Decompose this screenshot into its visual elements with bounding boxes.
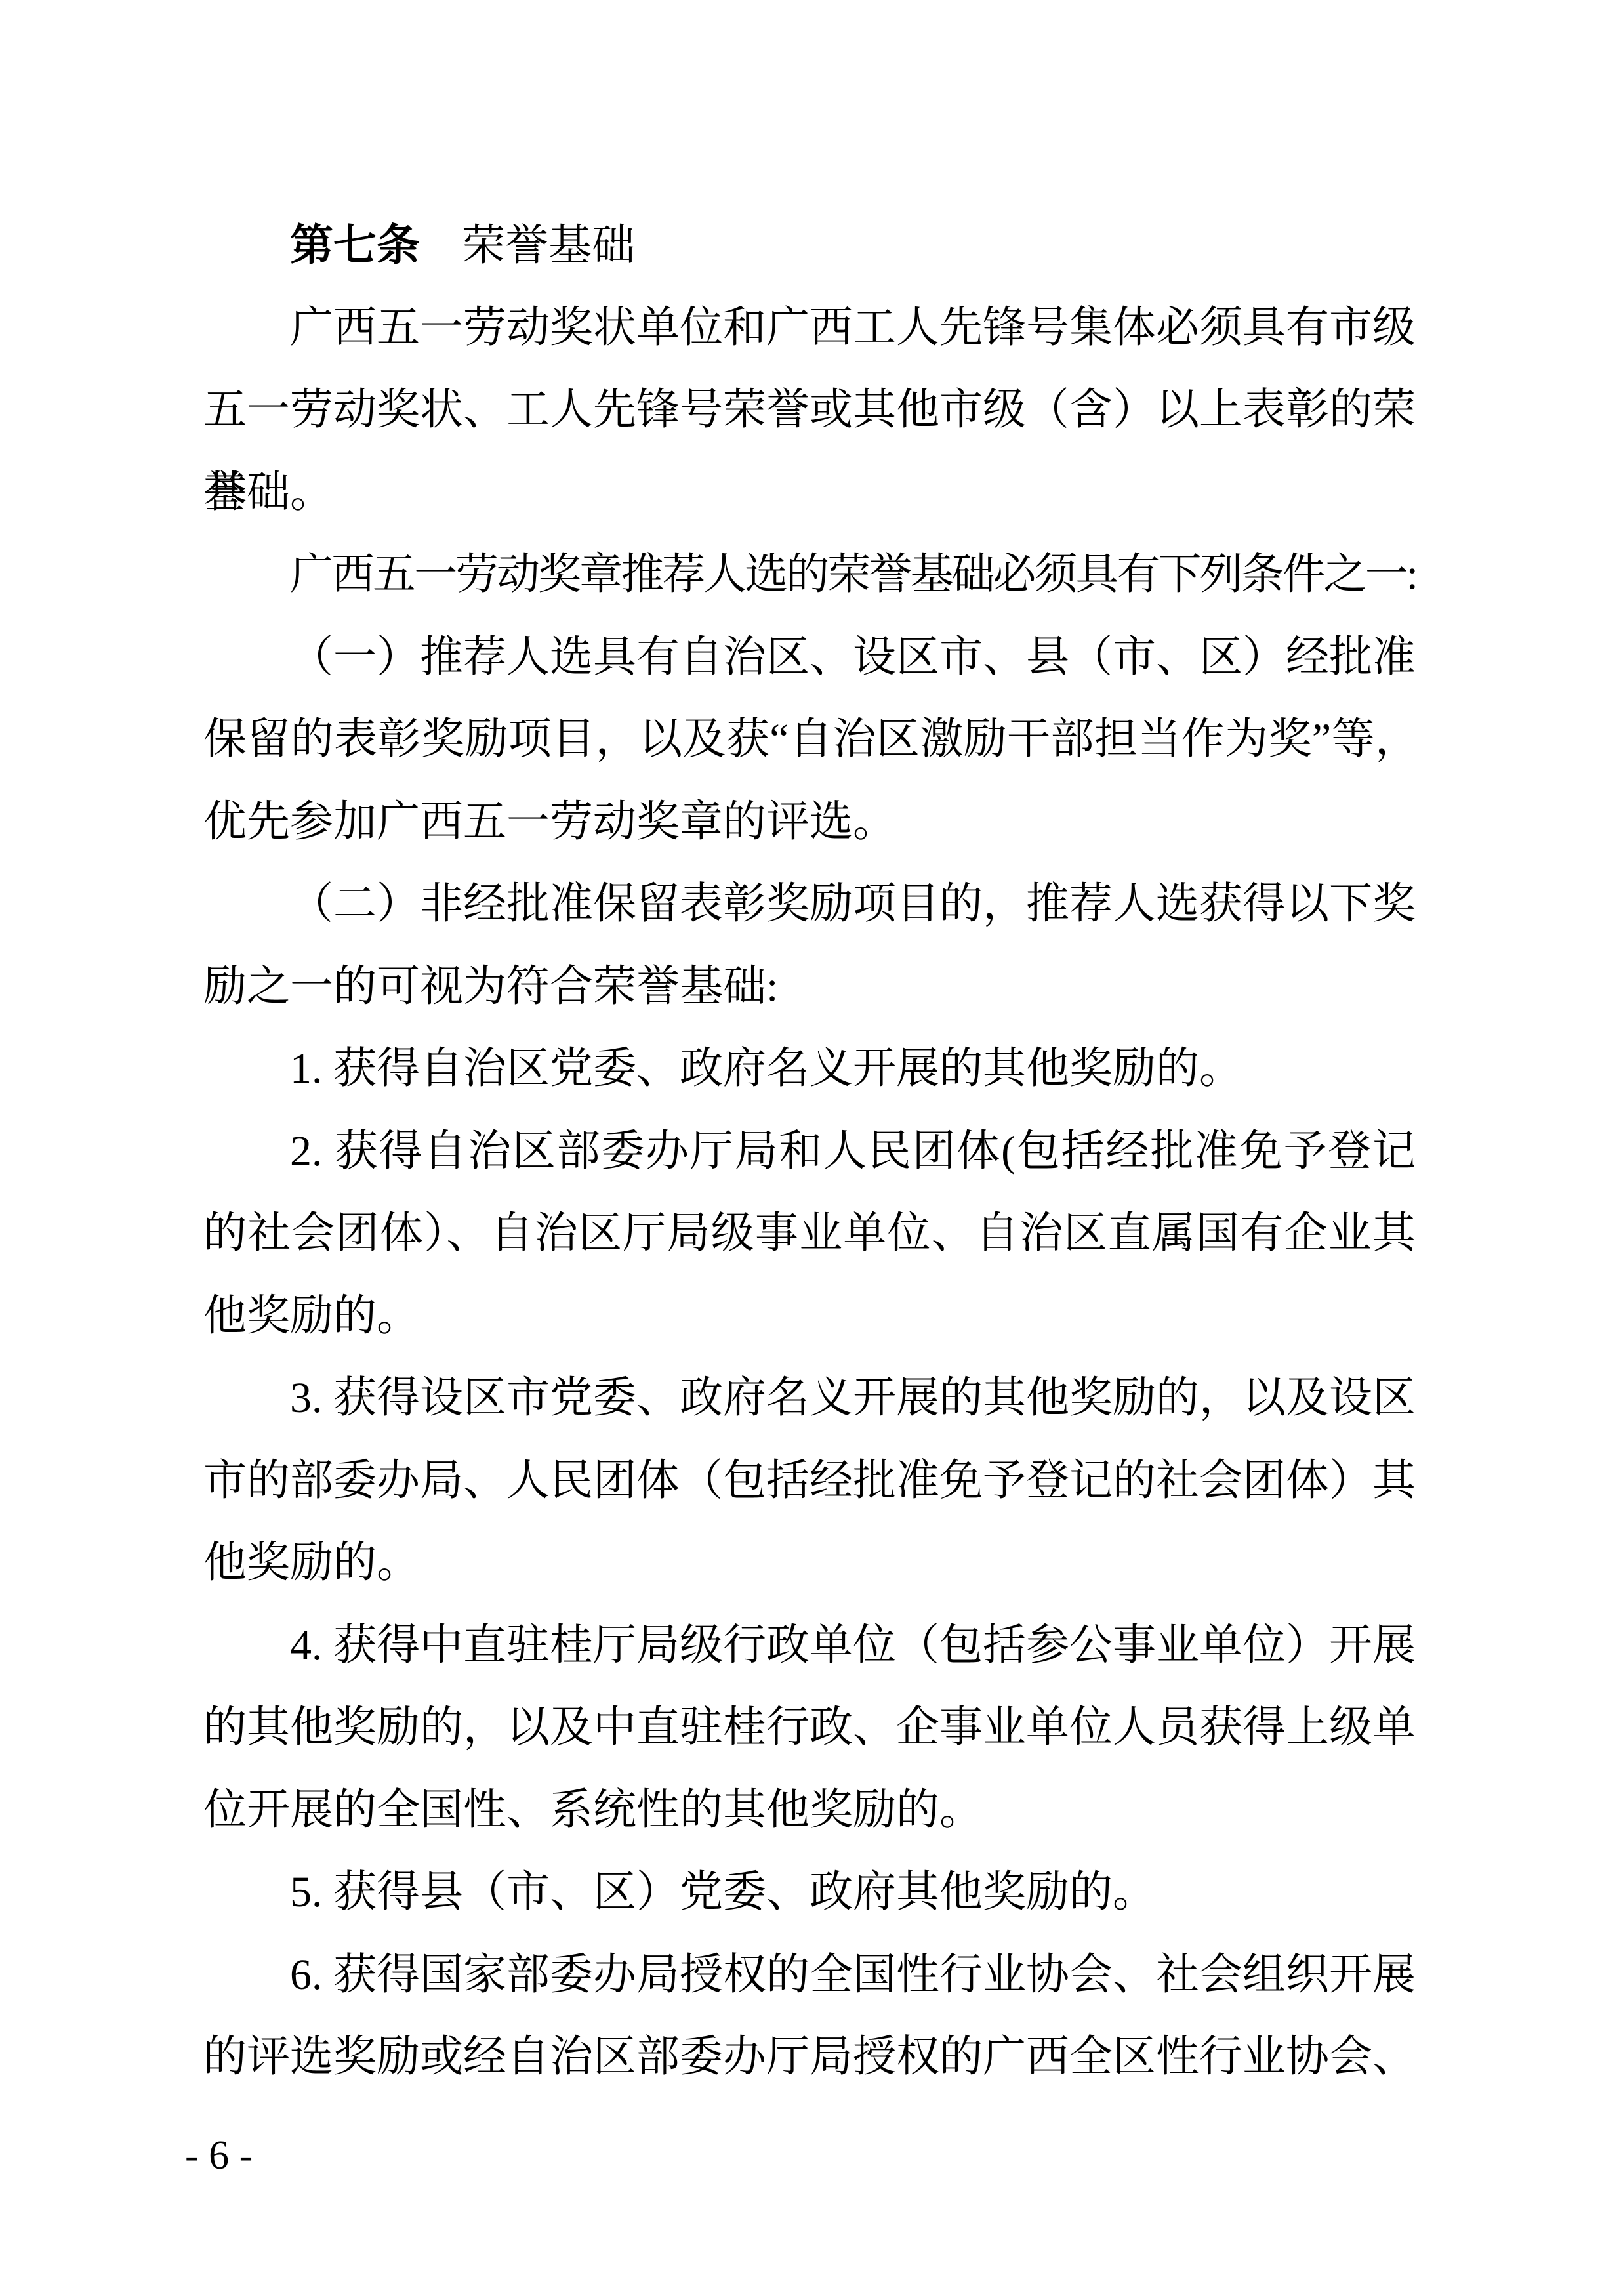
text-line: 市的部委办局、人民团体（包括经批准免予登记的社会团体）其 — [203, 1440, 1416, 1522]
text-line: 的评选奖励或经自治区部委办厅局授权的广西全区性行业协会、 — [203, 2016, 1416, 2098]
text-line: 广西五一劳动奖章推荐人选的荣誉基础必须具有下列条件之一: — [203, 533, 1416, 616]
text-line: 2. 获得自治区部委办厅局和人民团体(包括经批准免予登记 — [203, 1110, 1416, 1193]
text-line: 他奖励的。 — [203, 1275, 1416, 1358]
paragraph-lines: 广西五一劳动奖状单位和广西工人先锋号集体必须具有市级五一劳动奖状、工人先锋号荣誉… — [203, 287, 1416, 2098]
text-line: 的其他奖励的，以及中直驻桂行政、企事业单位人员获得上级单 — [203, 1686, 1416, 1769]
text-line: 4. 获得中直驻桂厅局级行政单位（包括参公事业单位）开展 — [203, 1604, 1416, 1687]
page-number: - 6 - — [185, 2126, 253, 2185]
text-line: 1. 获得自治区党委、政府名义开展的其他奖励的。 — [203, 1028, 1416, 1110]
text-line: （二）非经批准保留表彰奖励项目的，推荐人选获得以下奖 — [203, 863, 1416, 946]
article-body: 第七条荣誉基础 广西五一劳动奖状单位和广西工人先锋号集体必须具有市级五一劳动奖状… — [203, 204, 1416, 2098]
text-line: 位开展的全国性、系统性的其他奖励的。 — [203, 1769, 1416, 1852]
text-line: 广西五一劳动奖状单位和广西工人先锋号集体必须具有市级 — [203, 287, 1416, 369]
text-line: 3. 获得设区市党委、政府名义开展的其他奖励的，以及设区 — [203, 1357, 1416, 1440]
text-line: 优先参加广西五一劳动奖章的评选。 — [203, 781, 1416, 864]
text-line: （一）推荐人选具有自治区、设区市、县（市、区）经批准 — [203, 616, 1416, 699]
article-number: 第七条 — [290, 220, 420, 269]
text-line: 5. 获得县（市、区）党委、政府其他奖励的。 — [203, 1851, 1416, 1934]
text-line: 保留的表彰奖励项目，以及获“自治区激励干部担当作为奖”等， — [203, 698, 1416, 781]
document-page: 第七条荣誉基础 广西五一劳动奖状单位和广西工人先锋号集体必须具有市级五一劳动奖状… — [0, 0, 1621, 2296]
text-line: 基础。 — [203, 451, 1416, 534]
text-line: 励之一的可视为符合荣誉基础: — [203, 946, 1416, 1028]
text-line: 6. 获得国家部委办局授权的全国性行业协会、社会组织开展 — [203, 1934, 1416, 2016]
text-line: 五一劳动奖状、工人先锋号荣誉或其他市级（含）以上表彰的荣誉 — [203, 369, 1416, 451]
article-heading: 第七条荣誉基础 — [203, 204, 1416, 287]
text-line: 的社会团体）、自治区厅局级事业单位、自治区直属国有企业其 — [203, 1192, 1416, 1275]
article-title: 荣誉基础 — [462, 222, 635, 270]
text-line: 他奖励的。 — [203, 1522, 1416, 1604]
